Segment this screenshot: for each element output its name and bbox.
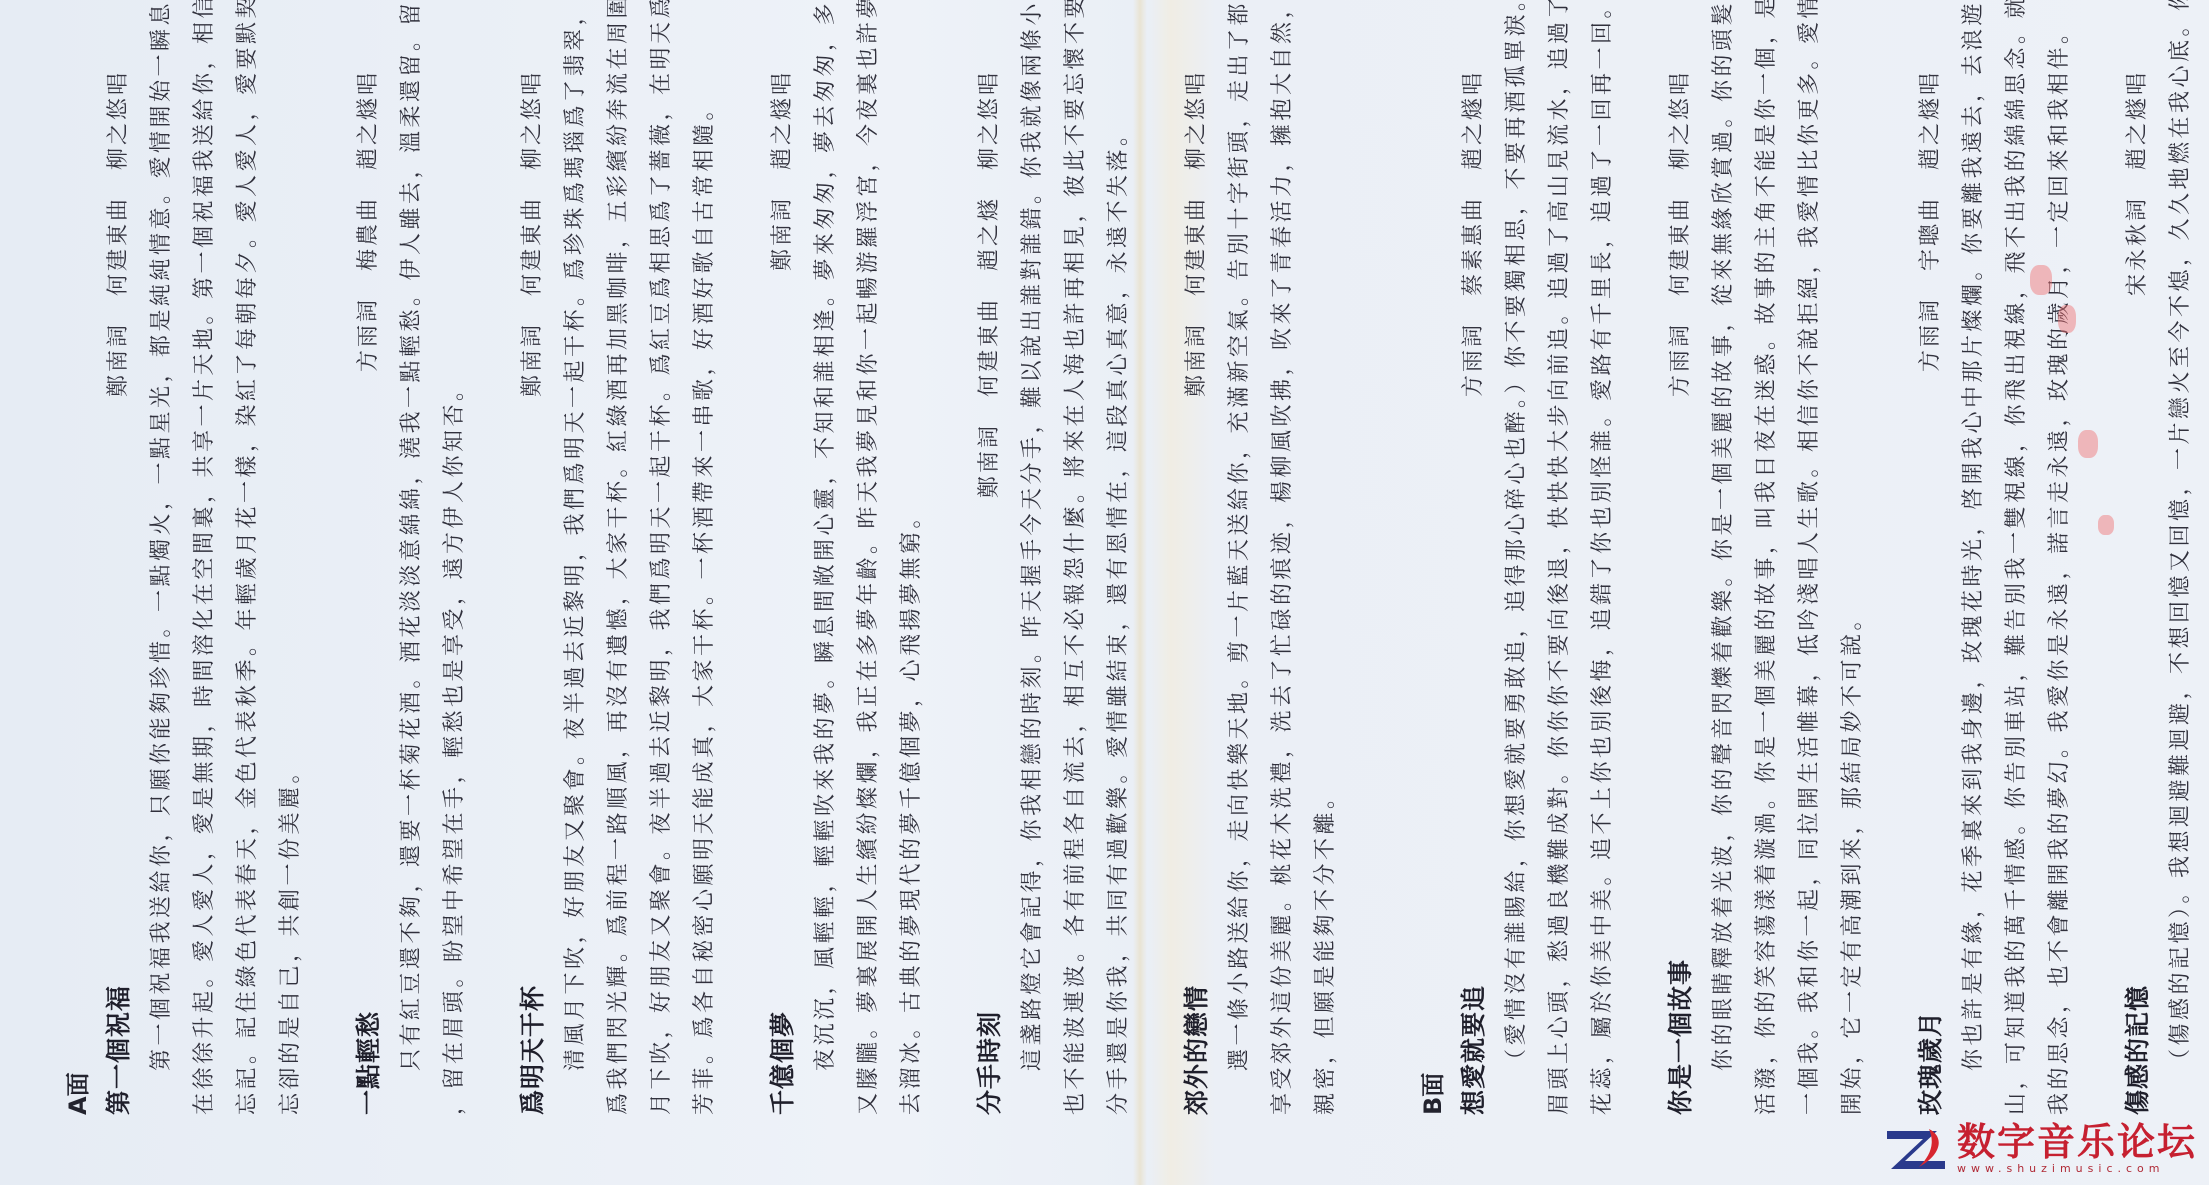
- credit-entry: 柳之悠唱: [106, 70, 131, 170]
- forum-watermark: 数字音乐论坛 www.shuzimusic.com: [1885, 1122, 2197, 1175]
- credit-entry: 柳之悠唱: [1184, 70, 1209, 170]
- song-block: 第一個祝福鄭南詞何建東曲柳之悠唱第一個祝福我送給你，只願你能夠珍惜。一點燭火，一…: [98, 70, 312, 1115]
- song-block: 爲明天干杯鄭南詞何建東曲柳之悠唱清風月下吹，好朋友又聚會。夜半過去近黎明，我們爲…: [512, 70, 726, 1115]
- lyrics-line: 忘卻的是自己，共創一份美麗。: [269, 70, 312, 1115]
- lyrics-line: 在徐徐升起。愛人愛人，愛是無期，時間溶化在空間裏，共享一片天地。第一個祝福我送給…: [183, 70, 226, 1115]
- song-block: 傷感的記憶宋永秋詞趙之燧唱（傷感的記憶）。我想迴避難迴避，不想回憶又回憶，一片戀…: [2117, 70, 2209, 1115]
- lyrics-line: 開始，它一定有高潮到來，那結局妙不可說。: [1831, 70, 1874, 1115]
- credit-entry: 柳之悠唱: [520, 70, 545, 170]
- red-ink-smudge: [2078, 430, 2098, 458]
- song-block: 一點輕愁方雨詞梅農曲趙之燧唱只有紅豆還不夠，還要一杯菊花酒。酒花淡淡意綿綿，澆我…: [348, 70, 476, 1115]
- lyrics-line: 切奉獻給了我，料不到恍惚中又分離。你在我生命裏，刻下了不滅的痕跡。知我心是你，暖…: [2202, 70, 2209, 1115]
- red-ink-smudge: [2098, 515, 2114, 535]
- credit-entry: 趙之燧唱: [1918, 70, 1943, 170]
- song-title: 千億個夢: [768, 1011, 797, 1115]
- song-credits: 鄭南詞趙之燧唱: [762, 70, 804, 297]
- lyrics-line: 月下吹，好朋友又聚會。夜半過去近黎明，我們爲明天一起干杯。爲紅豆爲相思爲了薔薇，…: [640, 70, 683, 1115]
- song-credits: 鄭南詞何建東曲柳之悠唱: [512, 70, 554, 423]
- credit-entry: 方雨詞: [1461, 322, 1486, 397]
- credit-entry: 趙之燧唱: [770, 70, 795, 170]
- song-credits: 宋永秋詞趙之燧唱: [2117, 70, 2159, 322]
- song-title: 想愛就要追: [1459, 985, 1488, 1115]
- side-label: B面: [1413, 70, 1453, 1115]
- song-credits: 方雨詞何建東曲柳之悠唱: [1660, 70, 1702, 423]
- lyrics-line: 親密，但願是能夠不分不離。: [1304, 70, 1347, 1115]
- watermark-title: 数字音乐论坛: [1957, 1122, 2197, 1162]
- credit-entry: 方雨詞: [1668, 322, 1693, 397]
- credit-entry: 何建東曲: [520, 196, 545, 296]
- lyrics-line: 清風月下吹，好朋友又聚會。夜半過去近黎明，我們爲明天一起干杯。爲珍珠爲瑪瑙爲了翡…: [554, 70, 597, 1115]
- song-credits: 方雨詞梅農曲趙之燧唱: [348, 70, 390, 398]
- song-title: 爲明天干杯: [518, 985, 547, 1115]
- red-ink-smudge: [2030, 265, 2052, 295]
- song-header: 玫瑰歲月方雨詞宇聰曲趙之燧唱: [1910, 70, 1952, 1115]
- lyrics-line: 也不能波連波。各有前程各自流去，相互不必報怨什麼。將來在人海也許再相見，彼此不要…: [1054, 70, 1097, 1115]
- song-header: 想愛就要追方雨詞蔡素惠曲趙之燧唱: [1453, 70, 1495, 1115]
- song-header: 傷感的記憶宋永秋詞趙之燧唱: [2117, 70, 2159, 1115]
- song-title: 分手時刻: [975, 1011, 1004, 1115]
- song-title: 第一個祝福: [104, 985, 133, 1115]
- credit-entry: 何建東曲: [106, 196, 131, 296]
- credit-entry: 趙之燧唱: [2125, 70, 2150, 170]
- forum-logo-icon: [1885, 1127, 1949, 1171]
- credit-entry: 鄭南詞: [1184, 322, 1209, 397]
- song-title: 你是一個故事: [1666, 959, 1695, 1115]
- side-gap: [1383, 70, 1413, 1115]
- lyrics-line: 這盞路燈它會記得，你我相戀的時刻。昨天握手今天分手，難以說出誰對誰錯。你我就像兩…: [1011, 70, 1054, 1115]
- watermark-url: www.shuzimusic.com: [1957, 1162, 2197, 1175]
- song-credits: 鄭南詞何建東曲趙之燧柳之悠唱: [969, 70, 1011, 524]
- song-credits: 方雨詞宇聰曲趙之燧唱: [1910, 70, 1952, 398]
- lyrics-line: 花蕊，屬於你美中美。追不上你也別後悔，追錯了你也別怪誰。愛路有千里長，追過了一回…: [1581, 70, 1624, 1115]
- lyrics-line: 夜沉沉，風輕輕，輕輕吹來我的夢。瞬息間敞開心靈，不知和誰相逢。夢來匆匆，夢去匆匆…: [804, 70, 847, 1115]
- lyrics-sheet: A面第一個祝福鄭南詞何建東曲柳之悠唱第一個祝福我送給你，只願你能夠珍惜。一點燭火…: [0, 0, 2209, 1185]
- credit-entry: 鄭南詞: [520, 322, 545, 397]
- song-title: 郊外的戀情: [1182, 985, 1211, 1115]
- lyrics-line: （愛情沒有誰賜給，你想愛就要勇敢追，追得那心碎心也醉。）你不要獨相思，不要再酒孤…: [1495, 70, 1538, 1115]
- song-header: 分手時刻鄭南詞何建東曲趙之燧柳之悠唱: [969, 70, 1011, 1115]
- lyrics-line: 忘記。記住綠色代表春天，金色代表秋季。年輕歲月花一樣，染紅了每朝每夕。愛人愛人，…: [226, 70, 269, 1115]
- credit-entry: 方雨詞: [1918, 297, 1943, 372]
- song-header: 你是一個故事方雨詞何建東曲柳之悠唱: [1660, 70, 1702, 1115]
- song-credits: 鄭南詞何建東曲柳之悠唱: [1176, 70, 1218, 423]
- song-credits: 方雨詞蔡素惠曲趙之燧唱: [1453, 70, 1495, 423]
- credit-entry: 鄭南詞: [770, 196, 795, 271]
- song-header: 郊外的戀情鄭南詞何建東曲柳之悠唱: [1176, 70, 1218, 1115]
- song-block: 郊外的戀情鄭南詞何建東曲柳之悠唱選一條小路送給你，走向快樂天地。剪一片藍天送給你…: [1176, 70, 1347, 1115]
- credit-entry: 趙之燧唱: [356, 70, 381, 170]
- lyrics-line: 山，可知道我的萬千情感。你告別車站，難告別我一雙視線，你飛出視線，飛不出我的綿綿…: [1995, 70, 2038, 1115]
- song-block: 分手時刻鄭南詞何建東曲趙之燧柳之悠唱這盞路燈它會記得，你我相戀的時刻。昨天握手今…: [969, 70, 1140, 1115]
- credit-entry: 宇聰曲: [1918, 196, 1943, 271]
- lyrics-line: 我的思念，也不會離開我的夢幻。我愛你是永遠，諾言走永遠，玫瑰的歲月，一定回來和我…: [2038, 70, 2081, 1115]
- lyrics-line: 又朦朧。夢裏展開人生繽紛燦爛，我正在多夢年齡。昨天我夢見和你一起暢游羅浮宮，今夜…: [847, 70, 890, 1115]
- side-label: A面: [58, 70, 98, 1115]
- red-ink-smudge: [2058, 305, 2076, 333]
- song-header: 爲明天干杯鄭南詞何建東曲柳之悠唱: [512, 70, 554, 1115]
- lyrics-insert-scan: A面第一個祝福鄭南詞何建東曲柳之悠唱第一個祝福我送給你，只願你能夠珍惜。一點燭火…: [0, 0, 2209, 1185]
- song-block: 你是一個故事方雨詞何建東曲柳之悠唱你的眼睛釋放着光波，你的聲音閃爍着歡樂。你是一…: [1660, 70, 1874, 1115]
- lyrics-line: 去溜冰。古典的夢現代的夢千億個夢，心飛揚夢無窮。: [890, 70, 933, 1115]
- song-block: 玫瑰歲月方雨詞宇聰曲趙之燧唱你也許是有緣，花季裏來到我身邊，玫瑰花時光，啓開我心…: [1910, 70, 2081, 1115]
- credit-entry: 趙之燧唱: [1461, 70, 1486, 170]
- lyrics-line: 只有紅豆還不夠，還要一杯菊花酒。酒花淡淡意綿綿，澆我一點輕愁。伊人雖去，溫柔還留…: [390, 70, 433, 1115]
- song-title: 傷感的記憶: [2123, 985, 2152, 1115]
- song-credits: 鄭南詞何建東曲柳之悠唱: [98, 70, 140, 423]
- lyrics-line: 你也許是有緣，花季裏來到我身邊，玫瑰花時光，啓開我心中那片燦爛。你要離我遠去，去…: [1952, 70, 1995, 1115]
- lyrics-line: 爲我們閃光輝。爲前程一路順風，再沒有遺憾，大家干杯。紅綠酒再加黑咖啡，五彩繽紛奔…: [597, 70, 640, 1115]
- credit-entry: 梅農曲: [356, 196, 381, 271]
- lyrics-line: 第一個祝福我送給你，只願你能夠珍惜。一點燭火，一點星光，都是純純情意。愛情開始一…: [140, 70, 183, 1115]
- credit-entry: 柳之悠唱: [977, 70, 1002, 170]
- lyrics-line: 芳菲。爲各自秘密心願明天能成真，大家干杯。一杯酒帶來一串歌，好酒好歌自古常相隨。: [683, 70, 726, 1115]
- credit-entry: 趙之燧: [977, 196, 1002, 271]
- song-block: 千億個夢鄭南詞趙之燧唱夜沉沉，風輕輕，輕輕吹來我的夢。瞬息間敞開心靈，不知和誰相…: [762, 70, 933, 1115]
- lyrics-line: 活潑，你的笑容蕩漾着漩渦。你是一個美麗的故事，叫我日夜在迷惑。故事的主角不能是你…: [1745, 70, 1788, 1115]
- song-title: 一點輕愁: [354, 1011, 383, 1115]
- credit-entry: 何建東曲: [1184, 196, 1209, 296]
- lyrics-line: 選一條小路送給你，走向快樂天地。剪一片藍天送給你，充滿新空氣。告別十字街頭，走出…: [1218, 70, 1261, 1115]
- song-header: 一點輕愁方雨詞梅農曲趙之燧唱: [348, 70, 390, 1115]
- lyrics-line: 一個我。我和你一起，同拉開生活帷幕，低吟淺唱人生歌。相信你不說拒絕，我愛情比你更…: [1788, 70, 1831, 1115]
- credit-entry: 鄭南詞: [106, 322, 131, 397]
- credit-entry: 方雨詞: [356, 297, 381, 372]
- song-header: 第一個祝福鄭南詞何建東曲柳之悠唱: [98, 70, 140, 1115]
- credit-entry: 何建東曲: [977, 297, 1002, 397]
- lyrics-line: 享受郊外這份美麗。桃花木洗禮，洗去了忙碌的痕迹，楊柳風吹拂，吹來了青春活力，擁抱…: [1261, 70, 1304, 1115]
- credit-entry: 何建東曲: [1668, 196, 1693, 296]
- credit-entry: 宋永秋詞: [2125, 196, 2150, 296]
- credit-entry: 鄭南詞: [977, 423, 1002, 498]
- credit-entry: 柳之悠唱: [1668, 70, 1693, 170]
- song-header: 千億個夢鄭南詞趙之燧唱: [762, 70, 804, 1115]
- lyrics-line: 你的眼睛釋放着光波，你的聲音閃爍着歡樂。你是一個美麗的故事，從來無緣欣賞過。你的…: [1702, 70, 1745, 1115]
- song-block: 想愛就要追方雨詞蔡素惠曲趙之燧唱（愛情沒有誰賜給，你想愛就要勇敢追，追得那心碎心…: [1453, 70, 1624, 1115]
- song-title: 玫瑰歲月: [1916, 1011, 1945, 1115]
- lyrics-line: 眉頭上心頭，愁過良機難成對。你你你不要向後退，快快快大步向前追。追過了高山見流水…: [1538, 70, 1581, 1115]
- lyrics-line: ，留在眉頭。盼望中希望在手，輕愁也是享受，遠方伊人你知否。: [433, 70, 476, 1115]
- credit-entry: 蔡素惠曲: [1461, 196, 1486, 296]
- lyrics-line: （傷感的記憶）。我想迴避難迴避，不想回憶又回憶，一片戀火至今不熄，久久地燃在我心…: [2159, 70, 2202, 1115]
- lyrics-line: 分手還是你我，共同有過歡樂。愛情雖結束，還有恩情在，這段真心真意，永遠不失落。: [1097, 70, 1140, 1115]
